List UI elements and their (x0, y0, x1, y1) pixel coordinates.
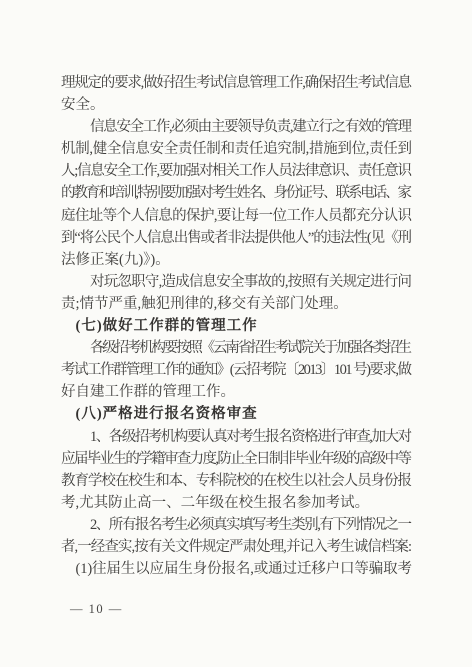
line-text: 对玩忽职守,造成信息安全事故的,按照有关规定进行问 (90, 271, 411, 293)
text-line: 庭住址等个人信息的保护,要让每一位工作人员都充分认识 (61, 205, 412, 227)
text-line: 应届毕业生的学籍审查力度,防止全日制非毕业年级的高级中等 (61, 448, 412, 470)
text-line: 到“将公民个人信息出售或者非法提供他人”的违法性(见《刑 (61, 227, 412, 249)
text-line: 信息安全工作,必须由主要领导负责,建立行之有效的管理 (61, 116, 412, 138)
text-line: 1、各级招考机构要认真对考生报名资格进行审查,加大对 (61, 426, 412, 448)
text-line: (1)往届生以应届生身份报名,或通过迁移户口等骗取考 (61, 558, 412, 580)
text-line: 责;情节严重,触犯刑律的,移交有关部门处理。 (61, 293, 412, 315)
line-text: 人;信息安全工作,要加强对相关工作人员法律意识、责任意识 (61, 160, 411, 182)
text-line: 机制,健全信息安全责任制和责任追究制,措施到位,责任到 (61, 138, 412, 160)
text-line: 安全。 (61, 94, 412, 116)
line-text: (八)严格进行报名资格审查 (76, 403, 258, 425)
line-text: (1)往届生以应届生身份报名,或通过迁移户口等骗取考 (76, 558, 412, 580)
line-text: 的教育和培训,特别要加强对考生姓名、身份证号、联系电话、家 (61, 182, 410, 204)
section-heading: (七)做好工作群的管理工作 (61, 315, 412, 337)
text-line: 2、所有报名考生必须真实填写考生类别,有下列情况之一 (61, 514, 412, 536)
document-text-block: 理规定的要求,做好招生考试信息管理工作,确保招生考试信息安全。信息安全工作,必须… (61, 72, 412, 580)
line-text: 2、所有报名考生必须真实填写考生类别,有下列情况之一 (90, 514, 411, 536)
text-line: 考,尤其防止高一、二年级在校生报名参加考试。 (61, 492, 412, 514)
line-text: 法修正案(九)》)。 (61, 249, 170, 271)
text-line: 考试工作群管理工作的通知》(云招考院〔2013〕101 号)要求,做 (61, 359, 412, 381)
text-line: 对玩忽职守,造成信息安全事故的,按照有关规定进行问 (61, 271, 412, 293)
line-text: 考试工作群管理工作的通知》(云招考院〔2013〕101 号)要求,做 (61, 359, 410, 381)
text-line: 教育学校在校生和本、专科院校的在校生以社会人员身份报 (61, 470, 412, 492)
line-text: 考,尤其防止高一、二年级在校生报名参加考试。 (61, 492, 369, 514)
text-line: 人;信息安全工作,要加强对相关工作人员法律意识、责任意识 (61, 160, 412, 182)
text-line: 的教育和培训,特别要加强对考生姓名、身份证号、联系电话、家 (61, 182, 412, 204)
section-heading: (八)严格进行报名资格审查 (61, 403, 412, 425)
line-text: 责;情节严重,触犯刑律的,移交有关部门处理。 (61, 293, 348, 315)
text-line: 好自建工作群的管理工作。 (61, 381, 412, 403)
line-text: 庭住址等个人信息的保护,要让每一位工作人员都充分认识 (61, 205, 411, 227)
line-text: 机制,健全信息安全责任制和责任追究制,措施到位,责任到 (61, 138, 412, 160)
text-line: 法修正案(九)》)。 (61, 249, 412, 271)
text-line: 理规定的要求,做好招生考试信息管理工作,确保招生考试信息 (61, 72, 412, 94)
line-text: 到“将公民个人信息出售或者非法提供他人”的违法性(见《刑 (61, 227, 411, 249)
line-text: 理规定的要求,做好招生考试信息管理工作,确保招生考试信息 (61, 72, 411, 94)
line-text: 好自建工作群的管理工作。 (61, 381, 235, 403)
line-text: 教育学校在校生和本、专科院校的在校生以社会人员身份报 (61, 470, 411, 492)
line-text: 安全。 (61, 94, 105, 116)
line-text: 者,一经查实,按有关文件规定严肃处理,并记入考生诚信档案: (61, 536, 411, 558)
line-text: 应届毕业生的学籍审查力度,防止全日制非毕业年级的高级中等 (61, 448, 410, 470)
text-line: 者,一经查实,按有关文件规定严肃处理,并记入考生诚信档案: (61, 536, 412, 558)
page-number: — 10 — (70, 601, 123, 617)
line-text: (七)做好工作群的管理工作 (76, 315, 258, 337)
line-text: 各级招考机构要按照《云南省招生考试院关于加强各类招生 (90, 337, 410, 359)
text-line: 各级招考机构要按照《云南省招生考试院关于加强各类招生 (61, 337, 412, 359)
scanned-page: { "page": { "colors": { "background": "#… (0, 0, 472, 667)
line-text: 1、各级招考机构要认真对考生报名资格进行审查,加大对 (90, 426, 411, 448)
line-text: 信息安全工作,必须由主要领导负责,建立行之有效的管理 (90, 116, 411, 138)
